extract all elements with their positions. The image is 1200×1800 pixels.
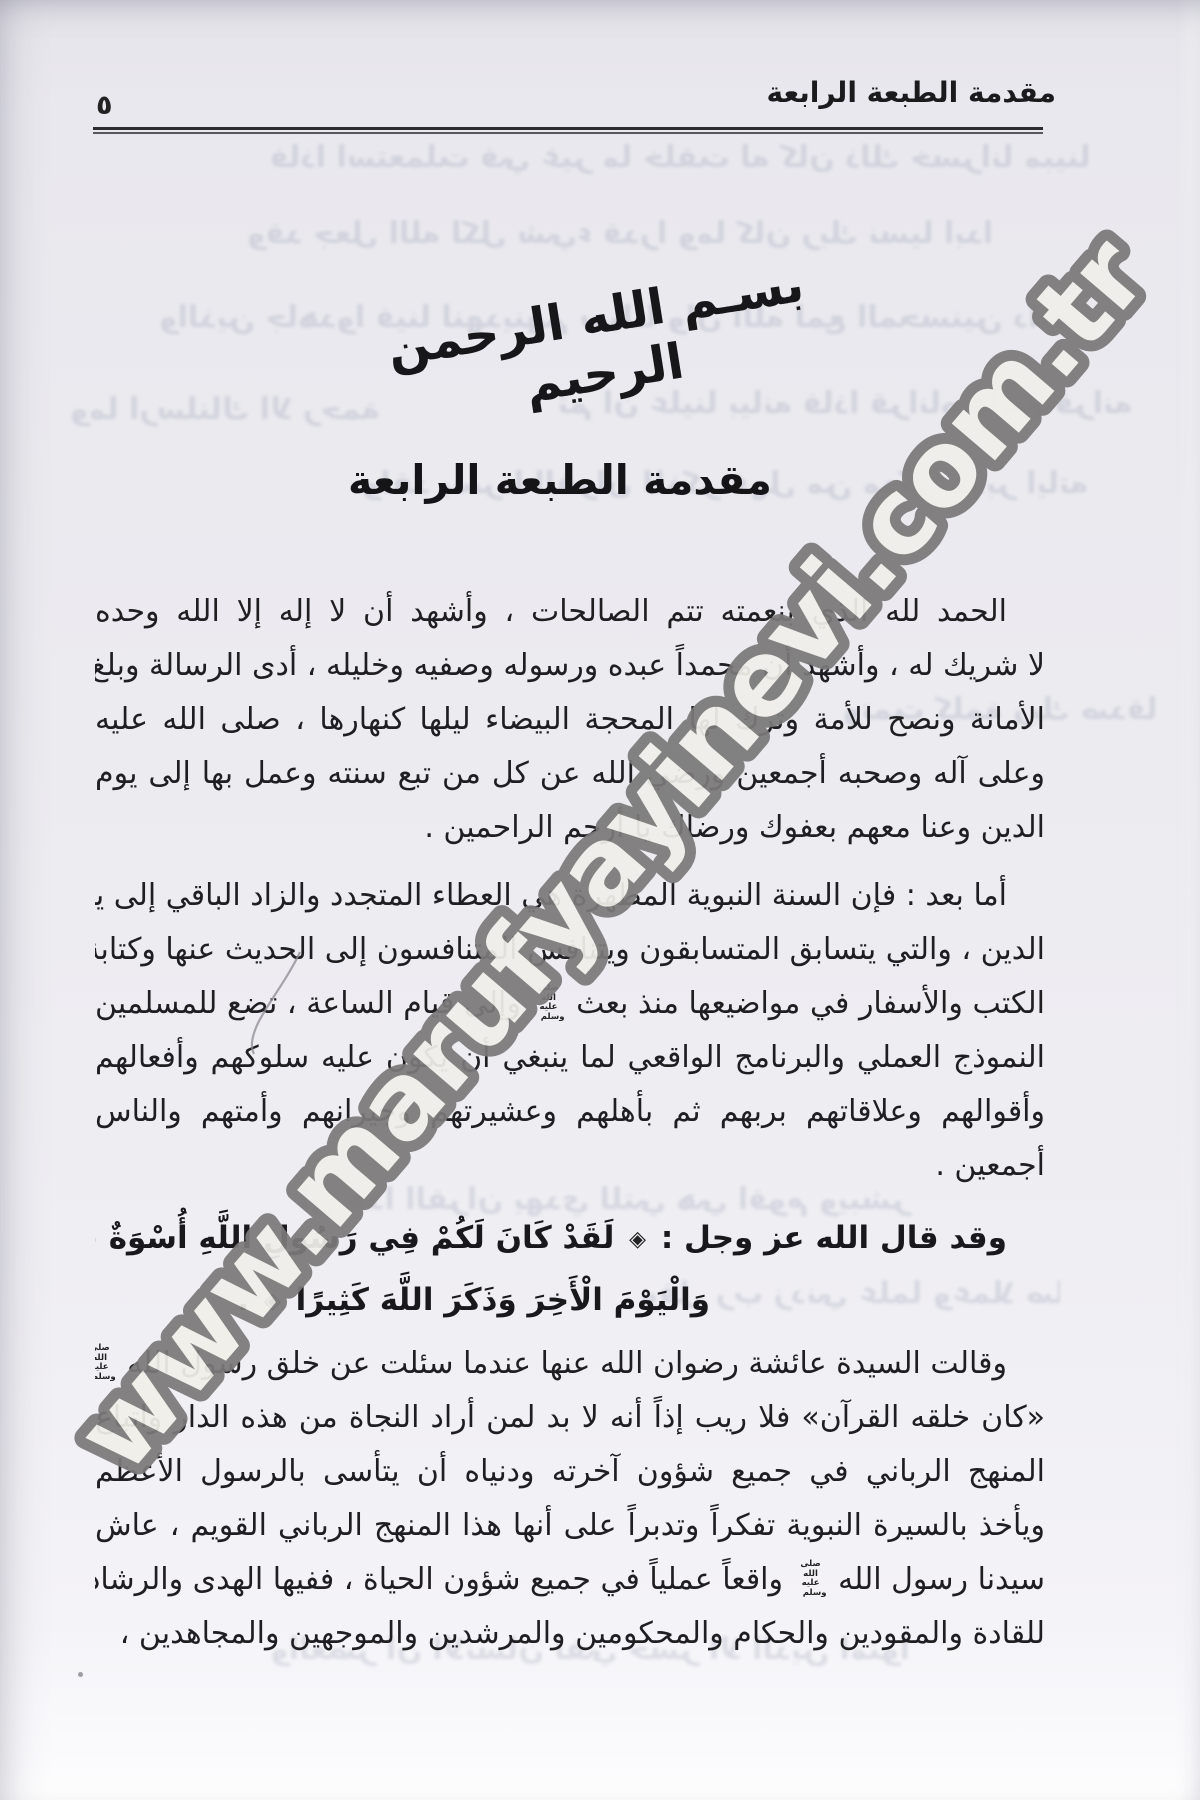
text-line: ويأخذ بالسيرة النبوية تفكراً وتدبراً على… (95, 1499, 1045, 1553)
text-line: أجمعين . (95, 1139, 1045, 1193)
page-number: ٥ (96, 90, 112, 121)
text-line: للقادة والمقودين والحكام والمحكومين والم… (95, 1607, 1045, 1661)
verse-bracket-ornament: ◈ (625, 1227, 650, 1252)
section-title: مقدمة الطبعة الرابعة (95, 456, 1025, 504)
running-header-title: مقدمة الطبعة الرابعة (766, 76, 1056, 109)
honorific-saw: صلى الله عليه وسلم (95, 1344, 116, 1382)
paragraph-hamd: الحمد لله الذي بنعمته تتم الصالحات ، وأش… (95, 585, 1045, 855)
honorific-saw: صلى الله عليه وسلم (795, 1560, 827, 1598)
verse-line: وَالْيَوْمَ الْأَخِرَ وَذَكَرَ اللَّهَ ك… (95, 1269, 710, 1331)
text-line: أما بعد : فإن السنة النبوية المطهرة هي ا… (95, 869, 1045, 923)
header-rule-thick (93, 127, 1043, 130)
text-line: الحمد لله الذي بنعمته تتم الصالحات ، وأش… (95, 585, 1045, 639)
paragraph-quran-verse: وقد قال الله عز وجل : ◈ لَقَدْ كَانَ لَك… (95, 1207, 1045, 1331)
text-line: الدين وعنا معهم بعفوك ورضاك يا أرحم الرا… (95, 801, 1045, 855)
verse-bracket-ornament: ◈ (260, 1289, 285, 1314)
paragraph-aisha: وقالت السيدة عائشة رضوان الله عنها عندما… (95, 1337, 1045, 1661)
scan-scratch-mark (228, 948, 318, 1058)
scan-speck (78, 1672, 83, 1677)
text-line: سيدنا رسول الله صلى الله عليه وسلم واقعا… (95, 1553, 1045, 1607)
text-line: المنهج الرباني في جميع شؤون آخرته ودنياه… (95, 1445, 1045, 1499)
text-line: وعلى آله وصحبه أجمعين ورضي الله عن كل من… (95, 747, 1045, 801)
show-through-line: وقد جعل الله لكل شيء قدرا وما كان ربك نس… (80, 216, 1160, 251)
text-line: وأقوالهم وعلاقاتهم بربهم ثم بأهلهم وعشير… (95, 1085, 1045, 1139)
text-line: «كان خلقه القرآن» فلا ريب إذاً أنه لا بد… (95, 1391, 1045, 1445)
honorific-saw: صلى الله عليه وسلم (533, 984, 565, 1022)
text-line: الأمانة ونصح للأمة وترك لها المحجة البيض… (95, 693, 1045, 747)
text-line: لا شريك له ، وأشهد أن محمداً عبده ورسوله… (95, 639, 1045, 693)
header-rule-thin (93, 132, 1043, 134)
scan-edge-highlight (1178, 0, 1200, 1800)
text-line: وقالت السيدة عائشة رضوان الله عنها عندما… (95, 1337, 1045, 1391)
body-text: الحمد لله الذي بنعمته تتم الصالحات ، وأش… (95, 585, 1045, 1675)
header-rule (93, 127, 1043, 134)
show-through-line: فاذا استعملت في غير ما خلقت له كان ذلك خ… (230, 140, 1130, 175)
verse-line: وقد قال الله عز وجل : ◈ لَقَدْ كَانَ لَك… (95, 1207, 1045, 1269)
scanned-book-page: فاذا استعملت في غير ما خلقت له كان ذلك خ… (0, 0, 1200, 1800)
